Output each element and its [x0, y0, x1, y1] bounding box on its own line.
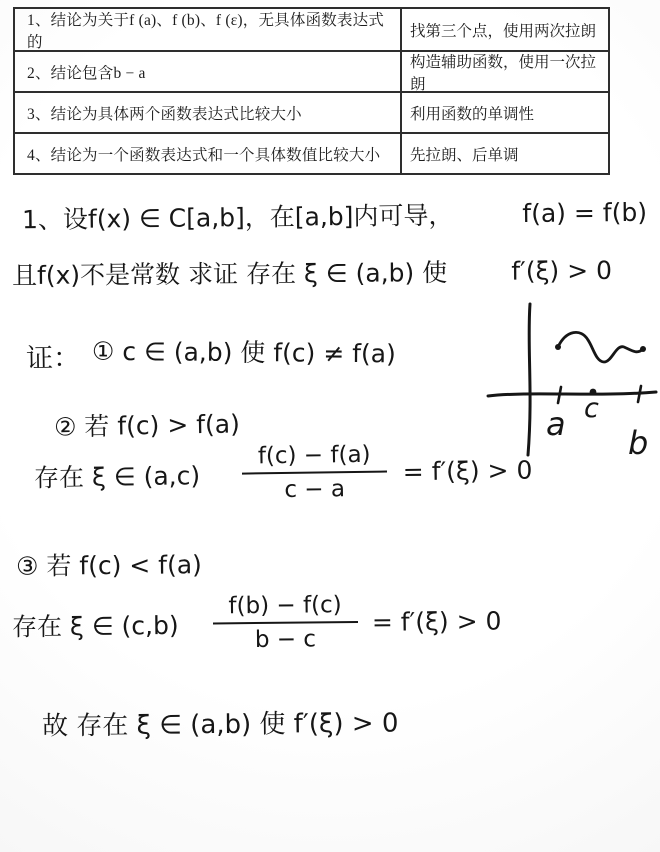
- table-row: 4、结论为一个函数表达式和一个具体数值比较大小 先拉朗、后单调: [15, 132, 608, 173]
- hw-case2-head: ② 若 f(c) > f(a): [54, 404, 240, 443]
- hw-case2-exists: 存在 ξ ∈ (a,c): [34, 456, 201, 494]
- hand-drawn-graph: a c b: [486, 292, 660, 470]
- hw-problem-line1: 1、设f(x) ∈ C[a,b]，在[a,b]内可导， f(a) = f(b): [22, 194, 647, 237]
- hw-step1: ① c ∈ (a,b) 使 f(c) ≠ f(a): [92, 332, 396, 371]
- hw-conclusion: 故 存在 ξ ∈ (a,b) 使 f′(ξ) > 0: [42, 702, 399, 742]
- method-cell: 找第三个点，使用两次拉朗: [400, 9, 608, 50]
- method-summary-table: 1、结论为关于f (a)、f (b)、f (ε)，无具体函数表达式的 找第三个点…: [13, 7, 610, 175]
- y-axis-line: [528, 304, 530, 455]
- graph-label-b: b: [628, 424, 648, 462]
- method-cell: 先拉朗、后单调: [400, 134, 608, 173]
- hw-proof-label: 证：: [26, 336, 81, 376]
- tick-b: [638, 386, 641, 402]
- conclusion-cell: 2、结论包含b − a: [15, 52, 400, 91]
- conclusion-cell: 3、结论为具体两个函数表达式比较大小: [15, 93, 400, 132]
- x-axis-line: [488, 392, 656, 396]
- hw-case3-fraction: f(b) − f(c) b − c: [212, 592, 358, 654]
- hw-problem-line2: 且f(x)不是常数 求证 存在 ξ ∈ (a,b) 使 f′(ξ) > 0: [12, 252, 612, 292]
- table-row: 3、结论为具体两个函数表达式比较大小 利用函数的单调性: [15, 91, 608, 132]
- hw-case2-fraction: f(c) − f(a) c − a: [242, 442, 388, 504]
- conclusion-cell: 4、结论为一个函数表达式和一个具体数值比较大小: [15, 134, 400, 173]
- curve-start-dot: [555, 344, 561, 350]
- fraction-denominator: b − c: [233, 623, 338, 653]
- notes-page: 1、结论为关于f (a)、f (b)、f (ε)，无具体函数表达式的 找第三个点…: [0, 0, 660, 852]
- conclusion-cell: 1、结论为关于f (a)、f (b)、f (ε)，无具体函数表达式的: [15, 9, 400, 50]
- fraction-numerator: f(c) − f(a): [242, 442, 387, 475]
- fraction-numerator: f(b) − f(c): [212, 592, 358, 625]
- hw-given-conditions: 1、设f(x) ∈ C[a,b]，在[a,b]内可导，: [22, 196, 454, 237]
- hw-case3-line: 存在 ξ ∈ (c,b) f(b) − f(c) b − c = f′(ξ) >…: [12, 590, 502, 655]
- curve-end-dot: [640, 346, 646, 352]
- graph-label-a: a: [546, 405, 566, 443]
- table-row: 1、结论为关于f (a)、f (b)、f (ε)，无具体函数表达式的 找第三个点…: [15, 9, 608, 50]
- table-row: 2、结论包含b − a 构造辅助函数，使用一次拉朗: [15, 50, 608, 91]
- hw-derivative-positive: f′(ξ) > 0: [511, 255, 612, 285]
- tick-a: [558, 387, 561, 403]
- graph-label-c: c: [584, 393, 599, 424]
- hw-case2-line: 存在 ξ ∈ (a,c) f(c) − f(a) c − a = f′(ξ) >…: [34, 440, 533, 507]
- method-cell: 利用函数的单调性: [400, 93, 608, 132]
- hw-case3-rhs: = f′(ξ) > 0: [372, 606, 502, 636]
- hw-case3-head: ③ 若 f(c) < f(a): [16, 545, 202, 583]
- hw-fa-equals-fb: f(a) = f(b): [522, 197, 647, 227]
- method-cell: 构造辅助函数，使用一次拉朗: [400, 52, 608, 91]
- hw-case3-exists: 存在 ξ ∈ (c,b): [12, 606, 179, 644]
- hw-not-constant: 且f(x)不是常数 求证 存在 ξ ∈ (a,b) 使: [12, 253, 447, 292]
- fraction-denominator: c − a: [262, 473, 367, 503]
- function-curve: [558, 332, 643, 362]
